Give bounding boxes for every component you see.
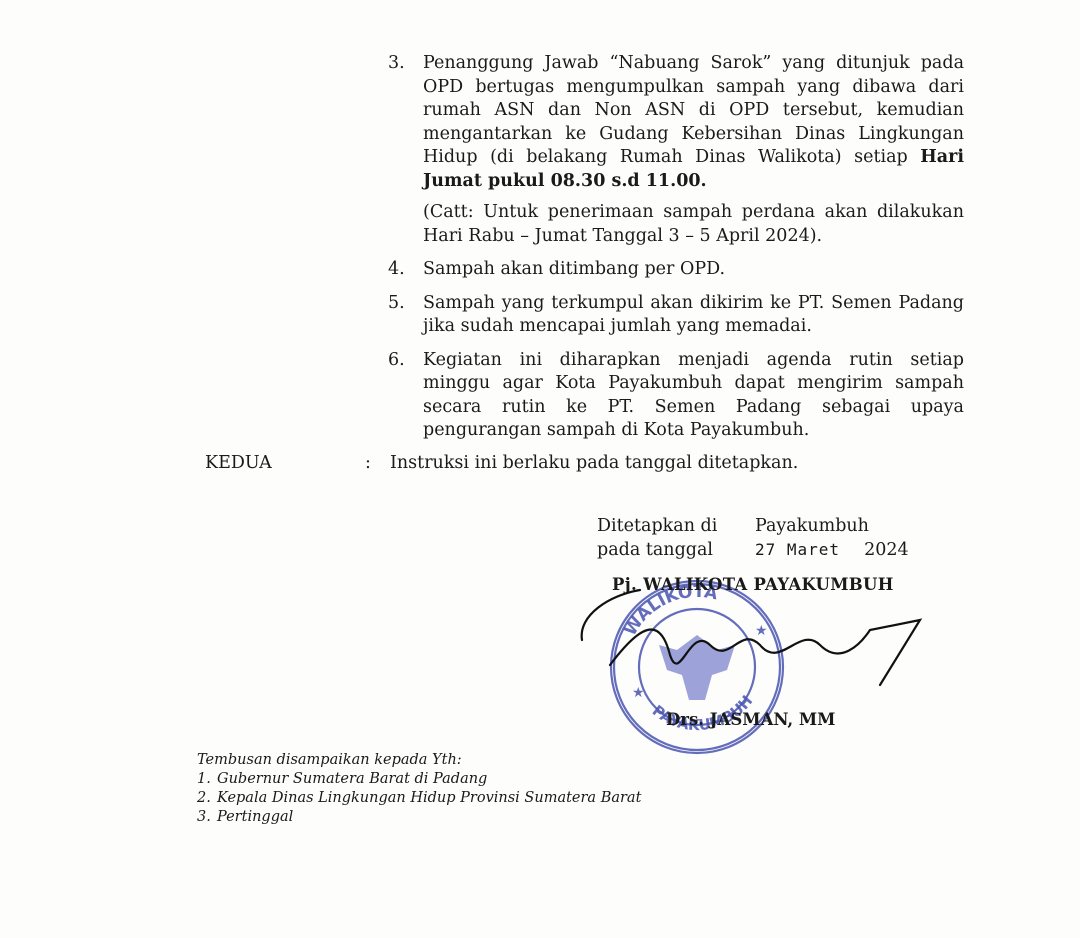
- clause-text: Instruksi ini berlaku pada tanggal ditet…: [390, 452, 798, 475]
- date-label: pada tanggal: [597, 538, 755, 562]
- item-text: Sampah akan ditimbang per OPD.: [423, 258, 964, 282]
- document-page: 3. Penanggung Jawab “Nabuang Sarok” yang…: [0, 0, 1080, 938]
- handwritten-date: 27 Maret: [755, 538, 840, 562]
- official-name: Drs. JASMAN, MM: [666, 710, 835, 729]
- list-item: 2. Kepala Dinas Lingkungan Hidup Provins…: [197, 789, 641, 808]
- list-item: 4. Sampah akan ditimbang per OPD.: [388, 258, 964, 282]
- list-item: 1. Gubernur Sumatera Barat di Padang: [197, 770, 641, 789]
- list-item: 3. Penanggung Jawab “Nabuang Sarok” yang…: [388, 52, 964, 193]
- item-number: 6.: [388, 349, 423, 443]
- place-label: Ditetapkan di: [597, 514, 755, 538]
- instruction-list: 3. Penanggung Jawab “Nabuang Sarok” yang…: [388, 52, 964, 453]
- list-item: 5. Sampah yang terkumpul akan dikirim ke…: [388, 292, 964, 339]
- item-number: 4.: [388, 258, 423, 282]
- signature-block: Ditetapkan di Payakumbuh pada tanggal 27…: [597, 514, 909, 562]
- list-item: 6. Kegiatan ini diharapkan menjadi agend…: [388, 349, 964, 443]
- item-number: 5.: [388, 292, 423, 339]
- item-number: 3.: [388, 52, 423, 193]
- clause-colon: :: [365, 452, 390, 475]
- item-text: Penanggung Jawab “Nabuang Sarok” yang di…: [423, 53, 964, 167]
- signature-icon: [570, 585, 930, 705]
- item-text: Sampah yang terkumpul akan dikirim ke PT…: [423, 292, 964, 339]
- tembusan-block: Tembusan disampaikan kepada Yth: 1. Gube…: [197, 751, 641, 827]
- item-note: (Catt: Untuk penerimaan sampah perdana a…: [423, 201, 964, 248]
- date-year: 2024: [864, 538, 909, 562]
- tembusan-title: Tembusan disampaikan kepada Yth:: [197, 751, 641, 770]
- item-text: Kegiatan ini diharapkan menjadi agenda r…: [423, 349, 964, 443]
- place-value: Payakumbuh: [755, 514, 869, 538]
- kedua-clause: KEDUA : Instruksi ini berlaku pada tangg…: [205, 452, 798, 475]
- clause-label: KEDUA: [205, 452, 365, 475]
- list-item: 3. Pertinggal: [197, 808, 641, 827]
